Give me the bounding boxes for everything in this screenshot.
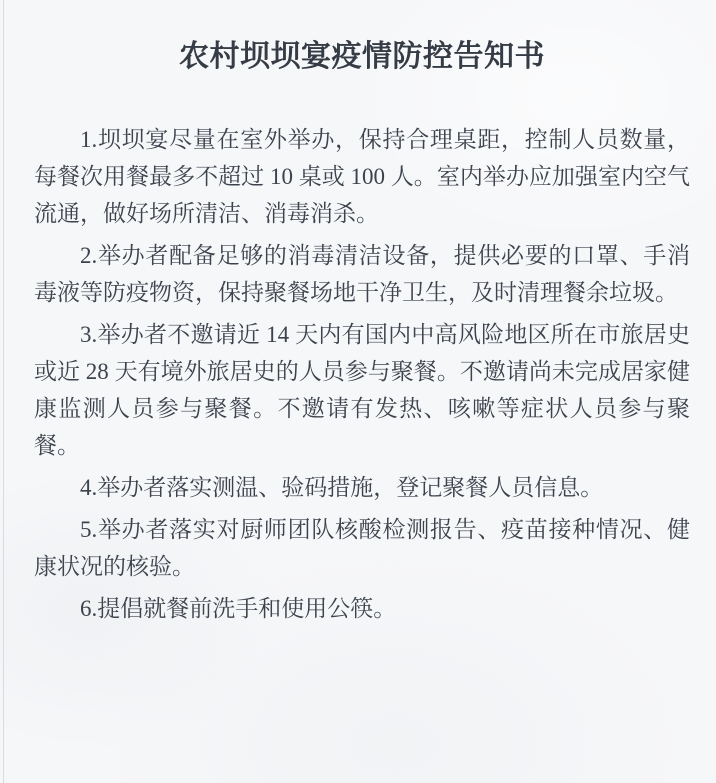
notice-paragraph: 3.举办者不邀请近 14 天内有国内中高风险地区所在市旅居史或近 28 天有境外… <box>34 316 690 464</box>
notice-paragraph: 6.提倡就餐前洗手和使用公筷。 <box>34 590 690 627</box>
notice-paragraph: 2.举办者配备足够的消毒清洁设备，提供必要的口罩、手消毒液等防疫物资，保持聚餐场… <box>34 237 690 311</box>
scan-edge-line <box>3 0 4 783</box>
notice-paragraph: 4.举办者落实测温、验码措施，登记聚餐人员信息。 <box>34 469 690 506</box>
notice-paragraphs: 1.坝坝宴尽量在室外举办，保持合理桌距，控制人员数量，每餐次用餐最多不超过 10… <box>34 121 690 627</box>
notice-title: 农村坝坝宴疫情防控告知书 <box>34 38 690 75</box>
notice-paragraph: 5.举办者落实对厨师团队核酸检测报告、疫苗接种情况、健康状况的核验。 <box>34 511 690 585</box>
notice-paragraph: 1.坝坝宴尽量在室外举办，保持合理桌距，控制人员数量，每餐次用餐最多不超过 10… <box>34 121 690 232</box>
notice-content: 农村坝坝宴疫情防控告知书 1.坝坝宴尽量在室外举办，保持合理桌距，控制人员数量，… <box>34 38 690 632</box>
scanned-notice-page: 农村坝坝宴疫情防控告知书 1.坝坝宴尽量在室外举办，保持合理桌距，控制人员数量，… <box>0 0 716 783</box>
